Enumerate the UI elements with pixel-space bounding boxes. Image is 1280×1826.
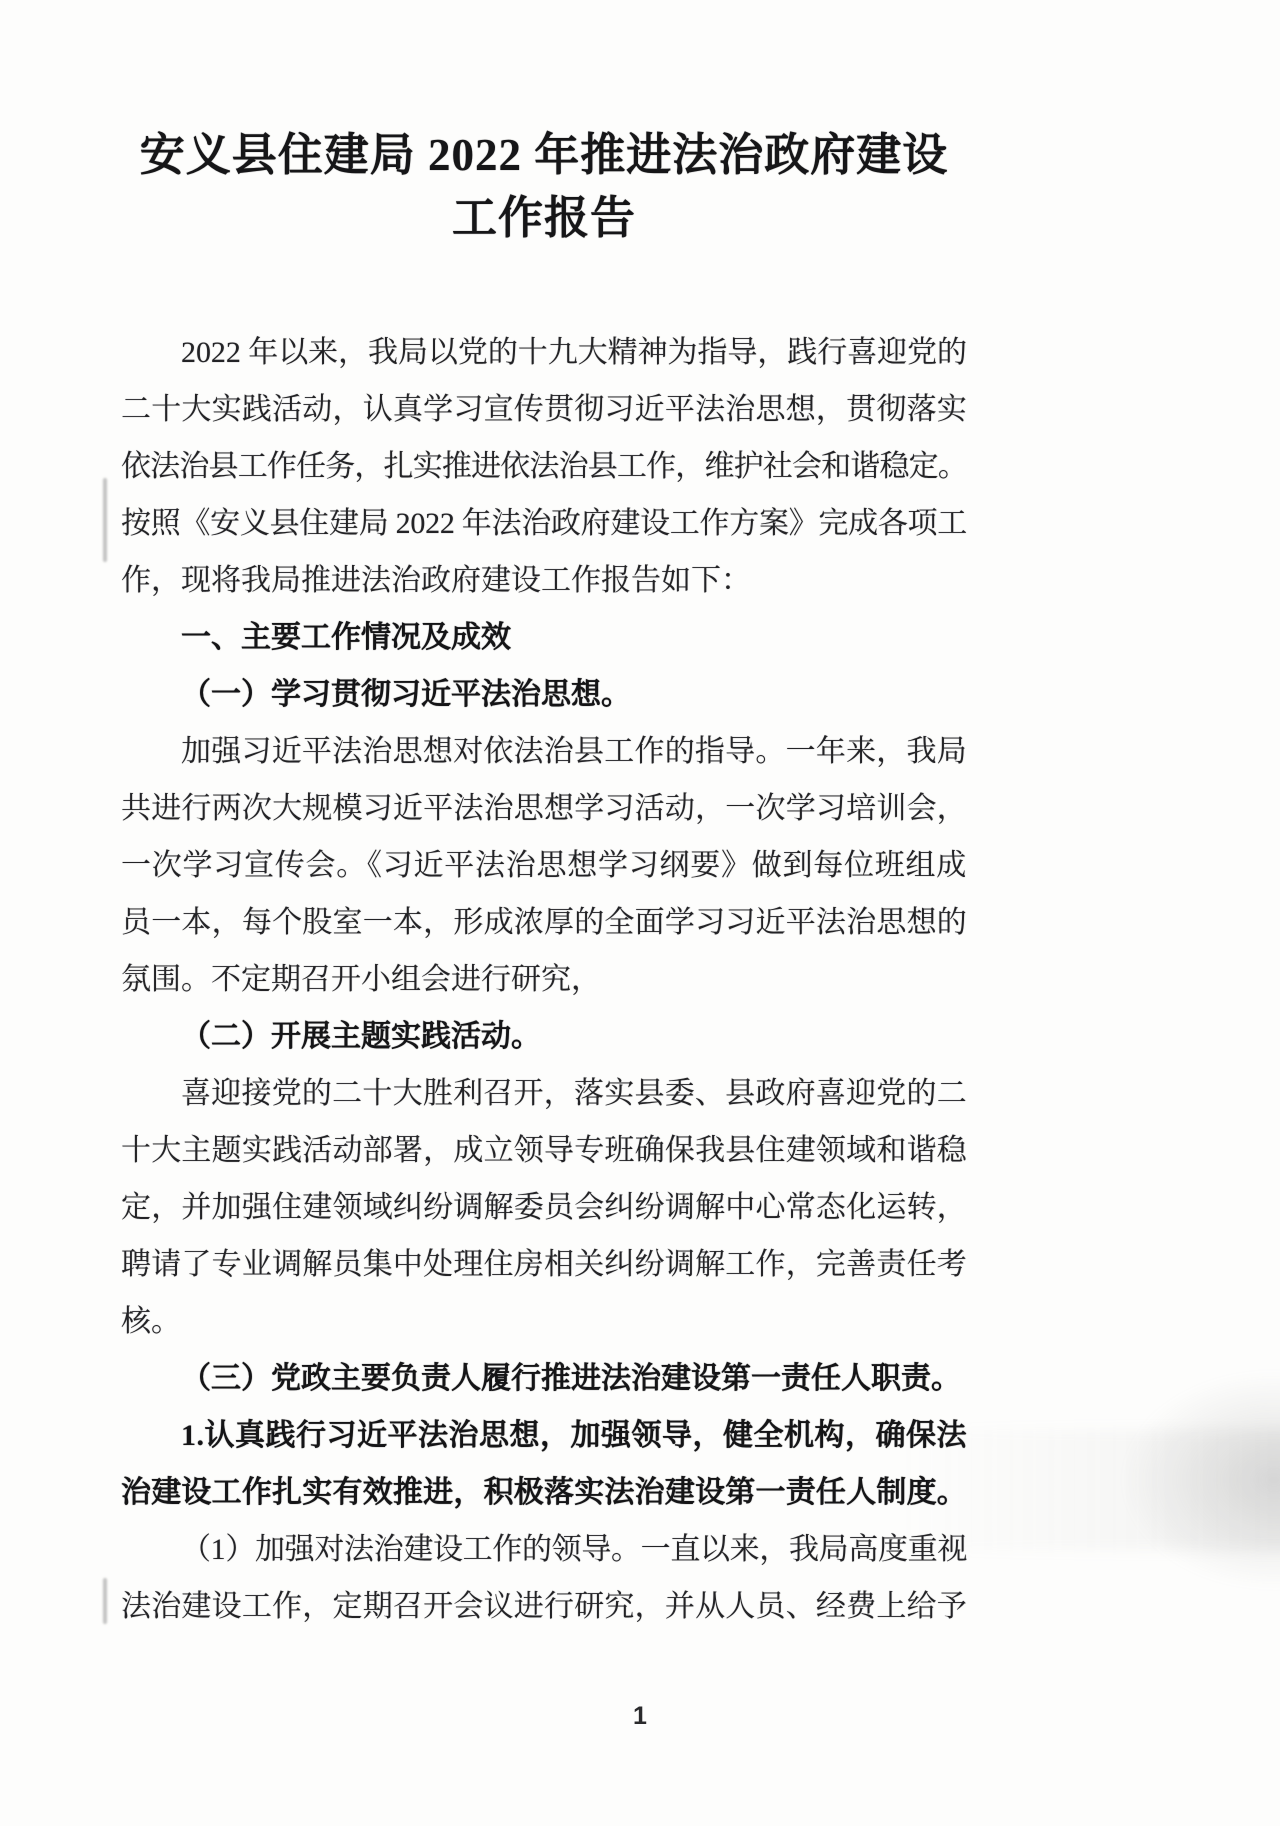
text-line: 2022 年以来，我局以党的十九大精神为指导，践行喜迎党的: [121, 324, 967, 381]
text-line: 作，现将我局推进法治政府建设工作报告如下：: [121, 552, 967, 609]
document-body: 2022 年以来，我局以党的十九大精神为指导，践行喜迎党的二十大实践活动，认真学…: [121, 324, 967, 1635]
scan-edge-artifact: [103, 478, 107, 562]
text-line: 1.认真践行习近平法治思想，加强领导，健全机构，确保法: [121, 1407, 967, 1464]
text-line: （二）开展主题实践活动。: [121, 1008, 967, 1065]
text-line: 核。: [121, 1293, 967, 1350]
text-line: 喜迎接党的二十大胜利召开，落实县委、县政府喜迎党的二: [121, 1065, 967, 1122]
text-line: 二十大实践活动，认真学习宣传贯彻习近平法治思想，贯彻落实: [121, 381, 967, 438]
text-line: 依法治县工作任务，扎实推进依法治县工作，维护社会和谐稳定。: [121, 438, 967, 495]
text-line: 十大主题实践活动部署，成立领导专班确保我县住建领域和谐稳: [121, 1122, 967, 1179]
scan-smudge: [1120, 1370, 1280, 1590]
scanned-document-page: 安义县住建局 2022 年推进法治政府建设 工作报告 2022 年以来，我局以党…: [0, 0, 1280, 1826]
text-line: （三）党政主要负责人履行推进法治建设第一责任人职责。: [121, 1350, 967, 1407]
text-line: 治建设工作扎实有效推进，积极落实法治建设第一责任人制度。: [121, 1464, 967, 1521]
text-line: （1）加强对法治建设工作的领导。一直以来，我局高度重视: [121, 1521, 967, 1578]
text-line: 定，并加强住建领域纠纷调解委员会纠纷调解中心常态化运转，: [121, 1179, 967, 1236]
scan-edge-artifact: [103, 1578, 107, 1624]
text-line: 一次学习宣传会。《习近平法治思想学习纲要》做到每位班组成: [121, 837, 967, 894]
text-line: 氛围。不定期召开小组会进行研究，: [121, 951, 967, 1008]
text-line: 共进行两次大规模习近平法治思想学习活动，一次学习培训会，: [121, 780, 967, 837]
text-line: （一）学习贯彻习近平法治思想。: [121, 666, 967, 723]
document-title: 安义县住建局 2022 年推进法治政府建设 工作报告: [120, 124, 968, 250]
text-line: 员一本，每个股室一本，形成浓厚的全面学习习近平法治思想的: [121, 894, 967, 951]
text-line: 加强习近平法治思想对依法治县工作的指导。一年来，我局: [121, 723, 967, 780]
text-line: 聘请了专业调解员集中处理住房相关纠纷调解工作，完善责任考: [121, 1236, 967, 1293]
title-line-1: 安义县住建局 2022 年推进法治政府建设: [120, 124, 968, 187]
text-line: 一、主要工作情况及成效: [121, 609, 967, 666]
text-line: 按照《安义县住建局 2022 年法治政府建设工作方案》完成各项工: [121, 495, 967, 552]
text-line: 法治建设工作，定期召开会议进行研究，并从人员、经费上给予: [121, 1578, 967, 1635]
page-number: 1: [0, 1702, 1280, 1731]
title-line-2: 工作报告: [120, 187, 968, 250]
